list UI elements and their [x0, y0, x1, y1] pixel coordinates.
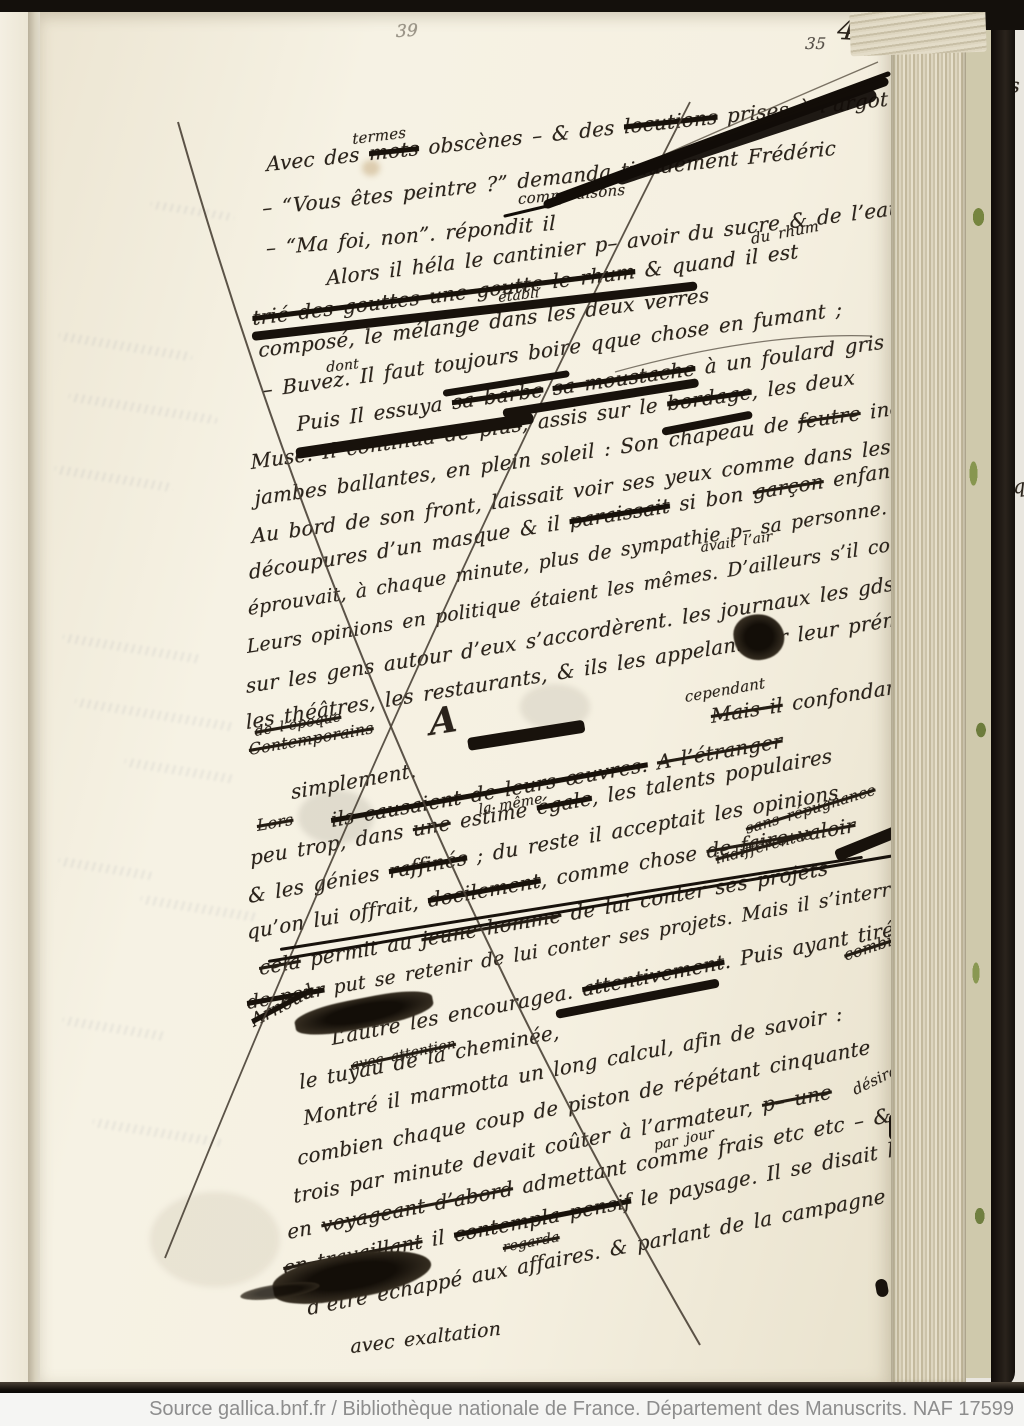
- marbled-endpaper-strip: [966, 28, 991, 1378]
- book-cover-right-edge: [991, 0, 1015, 1388]
- book-cover-top-edge: [0, 0, 1024, 12]
- pencil-foliation: 39: [396, 20, 418, 42]
- page-number: 35: [804, 34, 826, 53]
- caption-text: Source gallica.bnf.fr / Bibliothèque nat…: [149, 1398, 1014, 1420]
- manuscript-text-layer: 39354.9.termesAvec des mots obscènes – &…: [0, 0, 1024, 1426]
- manuscript-line: Lors: [256, 810, 294, 835]
- manuscript-line: A: [428, 698, 459, 744]
- manuscript-photo: 39354.9.termesAvec des mots obscènes – &…: [0, 0, 1024, 1426]
- book-cover-bottom-edge: [0, 1382, 1024, 1393]
- page-stack-top-edge: [849, 8, 986, 57]
- caption-bar: Source gallica.bnf.fr / Bibliothèque nat…: [0, 1393, 1024, 1426]
- page-stack-fore-edge: [891, 12, 966, 1384]
- manuscript-line: avec exaltation: [350, 1318, 501, 1359]
